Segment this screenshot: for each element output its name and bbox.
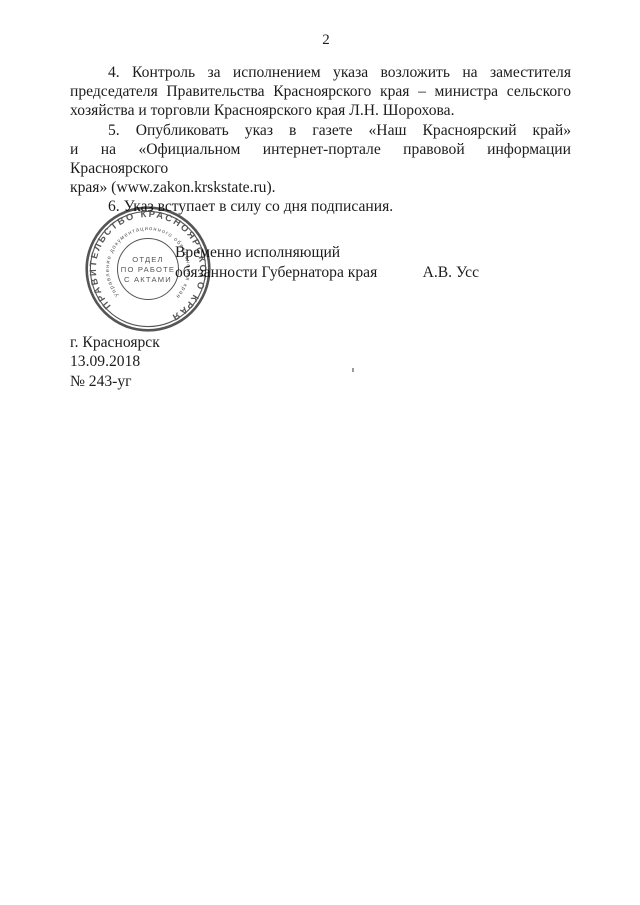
signature-block: Временно исполняющий обязанности Губерна… <box>175 243 479 282</box>
scan-artifact-speck <box>352 368 354 372</box>
stamp-center-line1: ОТДЕЛ <box>132 255 163 264</box>
issuance-date: 13.09.2018 <box>70 352 160 371</box>
document-body: 4. Контроль за исполнением указа возложи… <box>70 63 571 217</box>
issuance-number: № 243-уг <box>70 372 160 391</box>
issuance-block: г. Красноярск 13.09.2018 № 243-уг <box>70 333 160 391</box>
signatory-title-line1: Временно исполняющий <box>175 243 479 263</box>
stamp-center-line2: ПО РАБОТЕ <box>121 265 175 274</box>
paragraph-line: председателя Правительства Красноярского… <box>70 82 571 101</box>
paragraph-5: 5. Опубликовать указ в газете «Наш Красн… <box>70 121 571 198</box>
signatory-name: А.В. Усс <box>423 263 479 283</box>
paragraph-line: и на «Официальном интернет-портале право… <box>70 140 571 178</box>
document-page: 2 4. Контроль за исполнением указа возло… <box>0 0 640 905</box>
paragraph-line: 5. Опубликовать указ в газете «Наш Красн… <box>70 121 571 140</box>
stamp-seal-icon: ПРАВИТЕЛЬСТВО КРАСНОЯРСКОГО КРАЯ Управле… <box>84 205 212 333</box>
paragraph-line: края» (www.zakon.krskstate.ru). <box>70 178 571 197</box>
paragraph-line: 4. Контроль за исполнением указа возложи… <box>70 63 571 82</box>
paragraph-4: 4. Контроль за исполнением указа возложи… <box>70 63 571 121</box>
stamp-center-line3: С АКТАМИ <box>124 275 172 284</box>
issuance-city: г. Красноярск <box>70 333 160 352</box>
paragraph-line: хозяйства и торговли Красноярского края … <box>70 101 571 120</box>
official-round-stamp: ПРАВИТЕЛЬСТВО КРАСНОЯРСКОГО КРАЯ Управле… <box>84 205 212 333</box>
page-number: 2 <box>0 32 640 49</box>
